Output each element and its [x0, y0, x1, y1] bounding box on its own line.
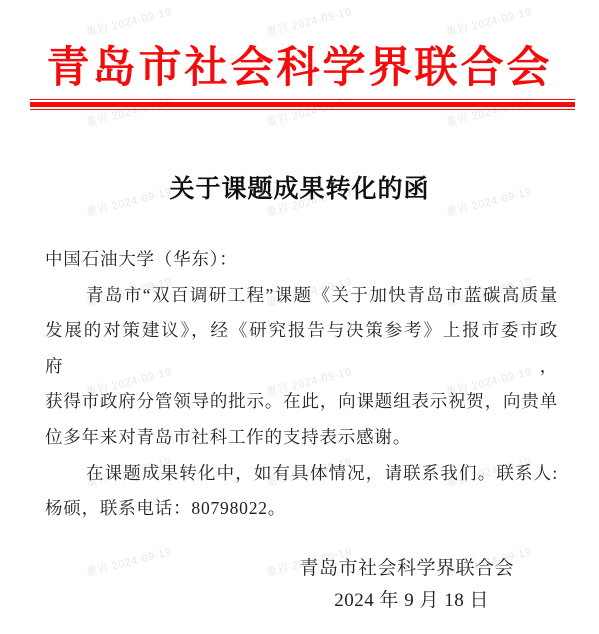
letterhead-rule: [30, 99, 575, 110]
watermark-stamp: 董岩 2024-09-19: [84, 3, 173, 40]
body-line: 杨硕，联系电话：80798022。: [45, 491, 558, 527]
watermark-stamp: 董岩 2024-09-19: [84, 543, 173, 580]
watermark-stamp: 董岩 2024-09-19: [264, 3, 353, 40]
signature-date: 2024 年 9 月 18 日: [334, 585, 489, 612]
watermark-stamp: 董岩 2024-09-19: [444, 3, 533, 40]
body-line: 位多年来对青岛市社科工作的支持表示感谢。: [45, 420, 558, 456]
body-line: 获得市政府分管领导的批示。在此，向课题组表示祝贺，向贵单: [45, 384, 558, 420]
letter-subject: 关于课题成果转化的函: [0, 169, 599, 205]
rule-thin-bottom: [30, 109, 575, 110]
body-line: 在课题成果转化中，如有具体情况，请联系我们。联系人:: [45, 456, 558, 492]
letter-body: 中国石油大学（华东）： 青岛市“双百调研工程”课题《关于加快青岛市蓝碳高质量发展…: [45, 242, 558, 527]
body-line: 青岛市“双百调研工程”课题《关于加快青岛市蓝碳高质量: [45, 278, 558, 314]
salutation: 中国石油大学（华东）：: [45, 242, 558, 278]
signature-org-name: 青岛市社会科学界联合会: [299, 553, 514, 580]
body-line: 发展的对策建议》，经《研究报告与决策参考》上报市委市政府，: [45, 313, 558, 384]
letter-page: 董岩 2024-09-19董岩 2024-09-19董岩 2024-09-19董…: [0, 0, 599, 634]
letterhead-org-name: 青岛市社会科学界联合会: [0, 42, 599, 94]
